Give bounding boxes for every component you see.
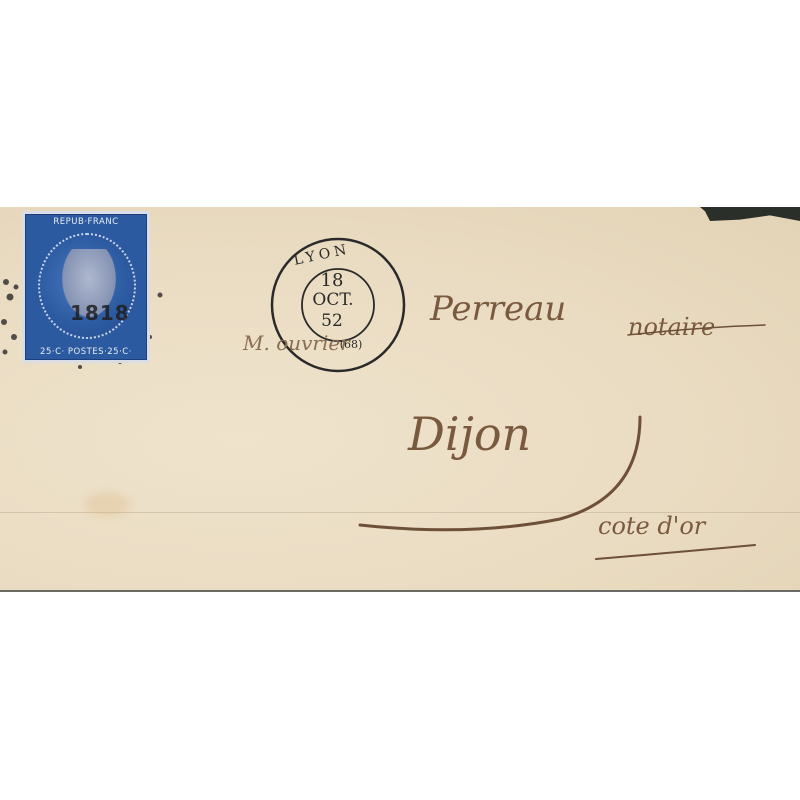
torn-corner bbox=[700, 207, 800, 221]
postmark-day: 18 bbox=[312, 270, 352, 291]
ceres-stamp: REPUB·FRANC 1818 25·C· POSTES·25·C· bbox=[22, 211, 150, 363]
lyon-postmark: LYON 18 OCT. 52 (68) bbox=[264, 237, 414, 377]
postal-cover: REPUB·FRANC 1818 25·C· POSTES·25·C· LYON… bbox=[0, 207, 800, 592]
destination-region: cote d'or bbox=[598, 512, 705, 540]
recipient-title: notaire bbox=[628, 313, 715, 341]
cancellation-number: 1818 bbox=[70, 301, 130, 325]
postmark-year: 52 bbox=[312, 311, 352, 331]
stamp-top-inscription: REPUB·FRANC bbox=[26, 217, 146, 227]
stamp-medallion: 1818 bbox=[38, 233, 136, 339]
recipient-name: Perreau bbox=[430, 289, 566, 329]
origin-note: M. ouvrier bbox=[243, 331, 350, 355]
postmark-month: OCT. bbox=[308, 290, 358, 310]
destination-city: Dijon bbox=[408, 407, 531, 461]
stamp-bottom-inscription: 25·C· POSTES·25·C· bbox=[26, 347, 146, 357]
stain bbox=[85, 492, 130, 517]
